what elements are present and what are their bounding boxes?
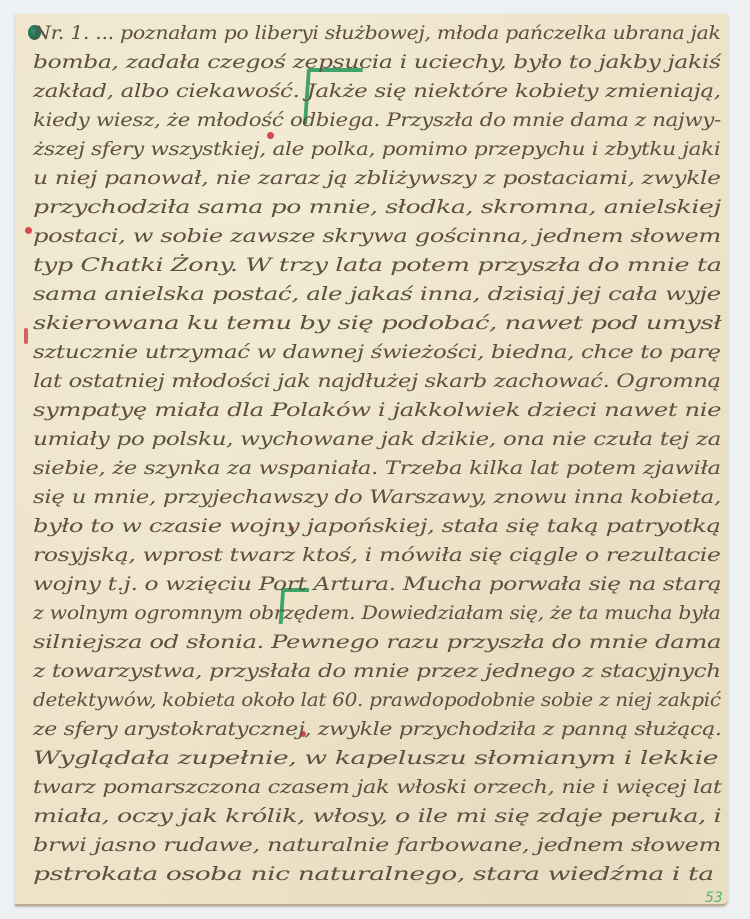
manuscript-page: Nr. 1. ... poznałam po liberyi służbowej…	[15, 14, 728, 906]
page-number: 53	[705, 890, 723, 906]
text-line: miała, oczy jak królik, włosy, o ile mi …	[33, 805, 721, 827]
red-dot-mark	[25, 227, 32, 234]
text-line: typ Chatki Żony. W trzy lata potem przys…	[33, 254, 722, 276]
text-line: u niej panował, nie zaraz ją zbliżywszy …	[33, 167, 721, 189]
text-line: zakład, albo ciekawość. Jakże się niektó…	[33, 80, 721, 102]
text-line: było to w czasie wojny japońskiej, stała…	[33, 515, 721, 537]
text-line: bomba, zadała czegoś zepsucia i uciechy,…	[33, 51, 721, 73]
text-line: wojny t.j. o wzięciu Port Artura. Mucha …	[33, 573, 721, 595]
text-line: silniejsza od słonia. Pewnego razu przys…	[33, 631, 721, 653]
text-line: sztucznie utrzymać w dawnej świeżości, b…	[33, 341, 721, 363]
red-margin-mark	[24, 328, 28, 344]
text-line: pstrokata osoba nic naturalnego, stara w…	[33, 863, 714, 885]
text-line: ższej sfery wszystkiej, ale polka, pomim…	[33, 138, 721, 160]
text-line: brwi jasno rudawe, naturalnie farbowane,…	[33, 834, 721, 856]
text-line: ze sfery arystokratycznej, zwykle przych…	[33, 718, 722, 740]
text-line: kiedy wiesz, że młodość odbiega. Przyszł…	[33, 109, 721, 131]
text-line: Wyglądała zupełnie, w kapeluszu słomiany…	[33, 747, 718, 769]
text-line: skierowana ku temu by się podobać, nawet…	[33, 312, 721, 334]
text-line: Nr. 1. ... poznałam po liberyi służbowej…	[33, 22, 721, 44]
text-line: się u mnie, przyjechawszy do Warszawy, z…	[33, 486, 721, 508]
text-line: z wolnym ogromnym obrzędem. Dowiedziałam…	[33, 602, 721, 624]
text-line: twarz pomarszczona czasem jak włoski orz…	[33, 776, 722, 798]
text-line: umiały po polsku, wychowane jak dzikie, …	[33, 428, 721, 450]
text-line: lat ostatniej młodości jak najdłużej ska…	[33, 370, 721, 392]
text-line: detektywów, kobieta około lat 60. prawdo…	[33, 689, 721, 711]
text-line: rosyjską, wprost twarz ktoś, i mówiła si…	[33, 544, 720, 566]
text-line: z towarzystwa, przysłała do mnie przez j…	[33, 660, 721, 682]
text-line: sama anielska postać, ale jakaś inna, dz…	[33, 283, 721, 305]
text-line: siebie, że szynka za wspaniała. Trzeba k…	[33, 457, 721, 479]
text-line: postaci, w sobie zawsze skrywa gościnna,…	[33, 225, 721, 247]
text-line: sympatyę miała dla Polaków i jakkolwiek …	[33, 399, 721, 421]
text-line: przychodziła sama po mnie, słodka, skrom…	[33, 196, 721, 218]
